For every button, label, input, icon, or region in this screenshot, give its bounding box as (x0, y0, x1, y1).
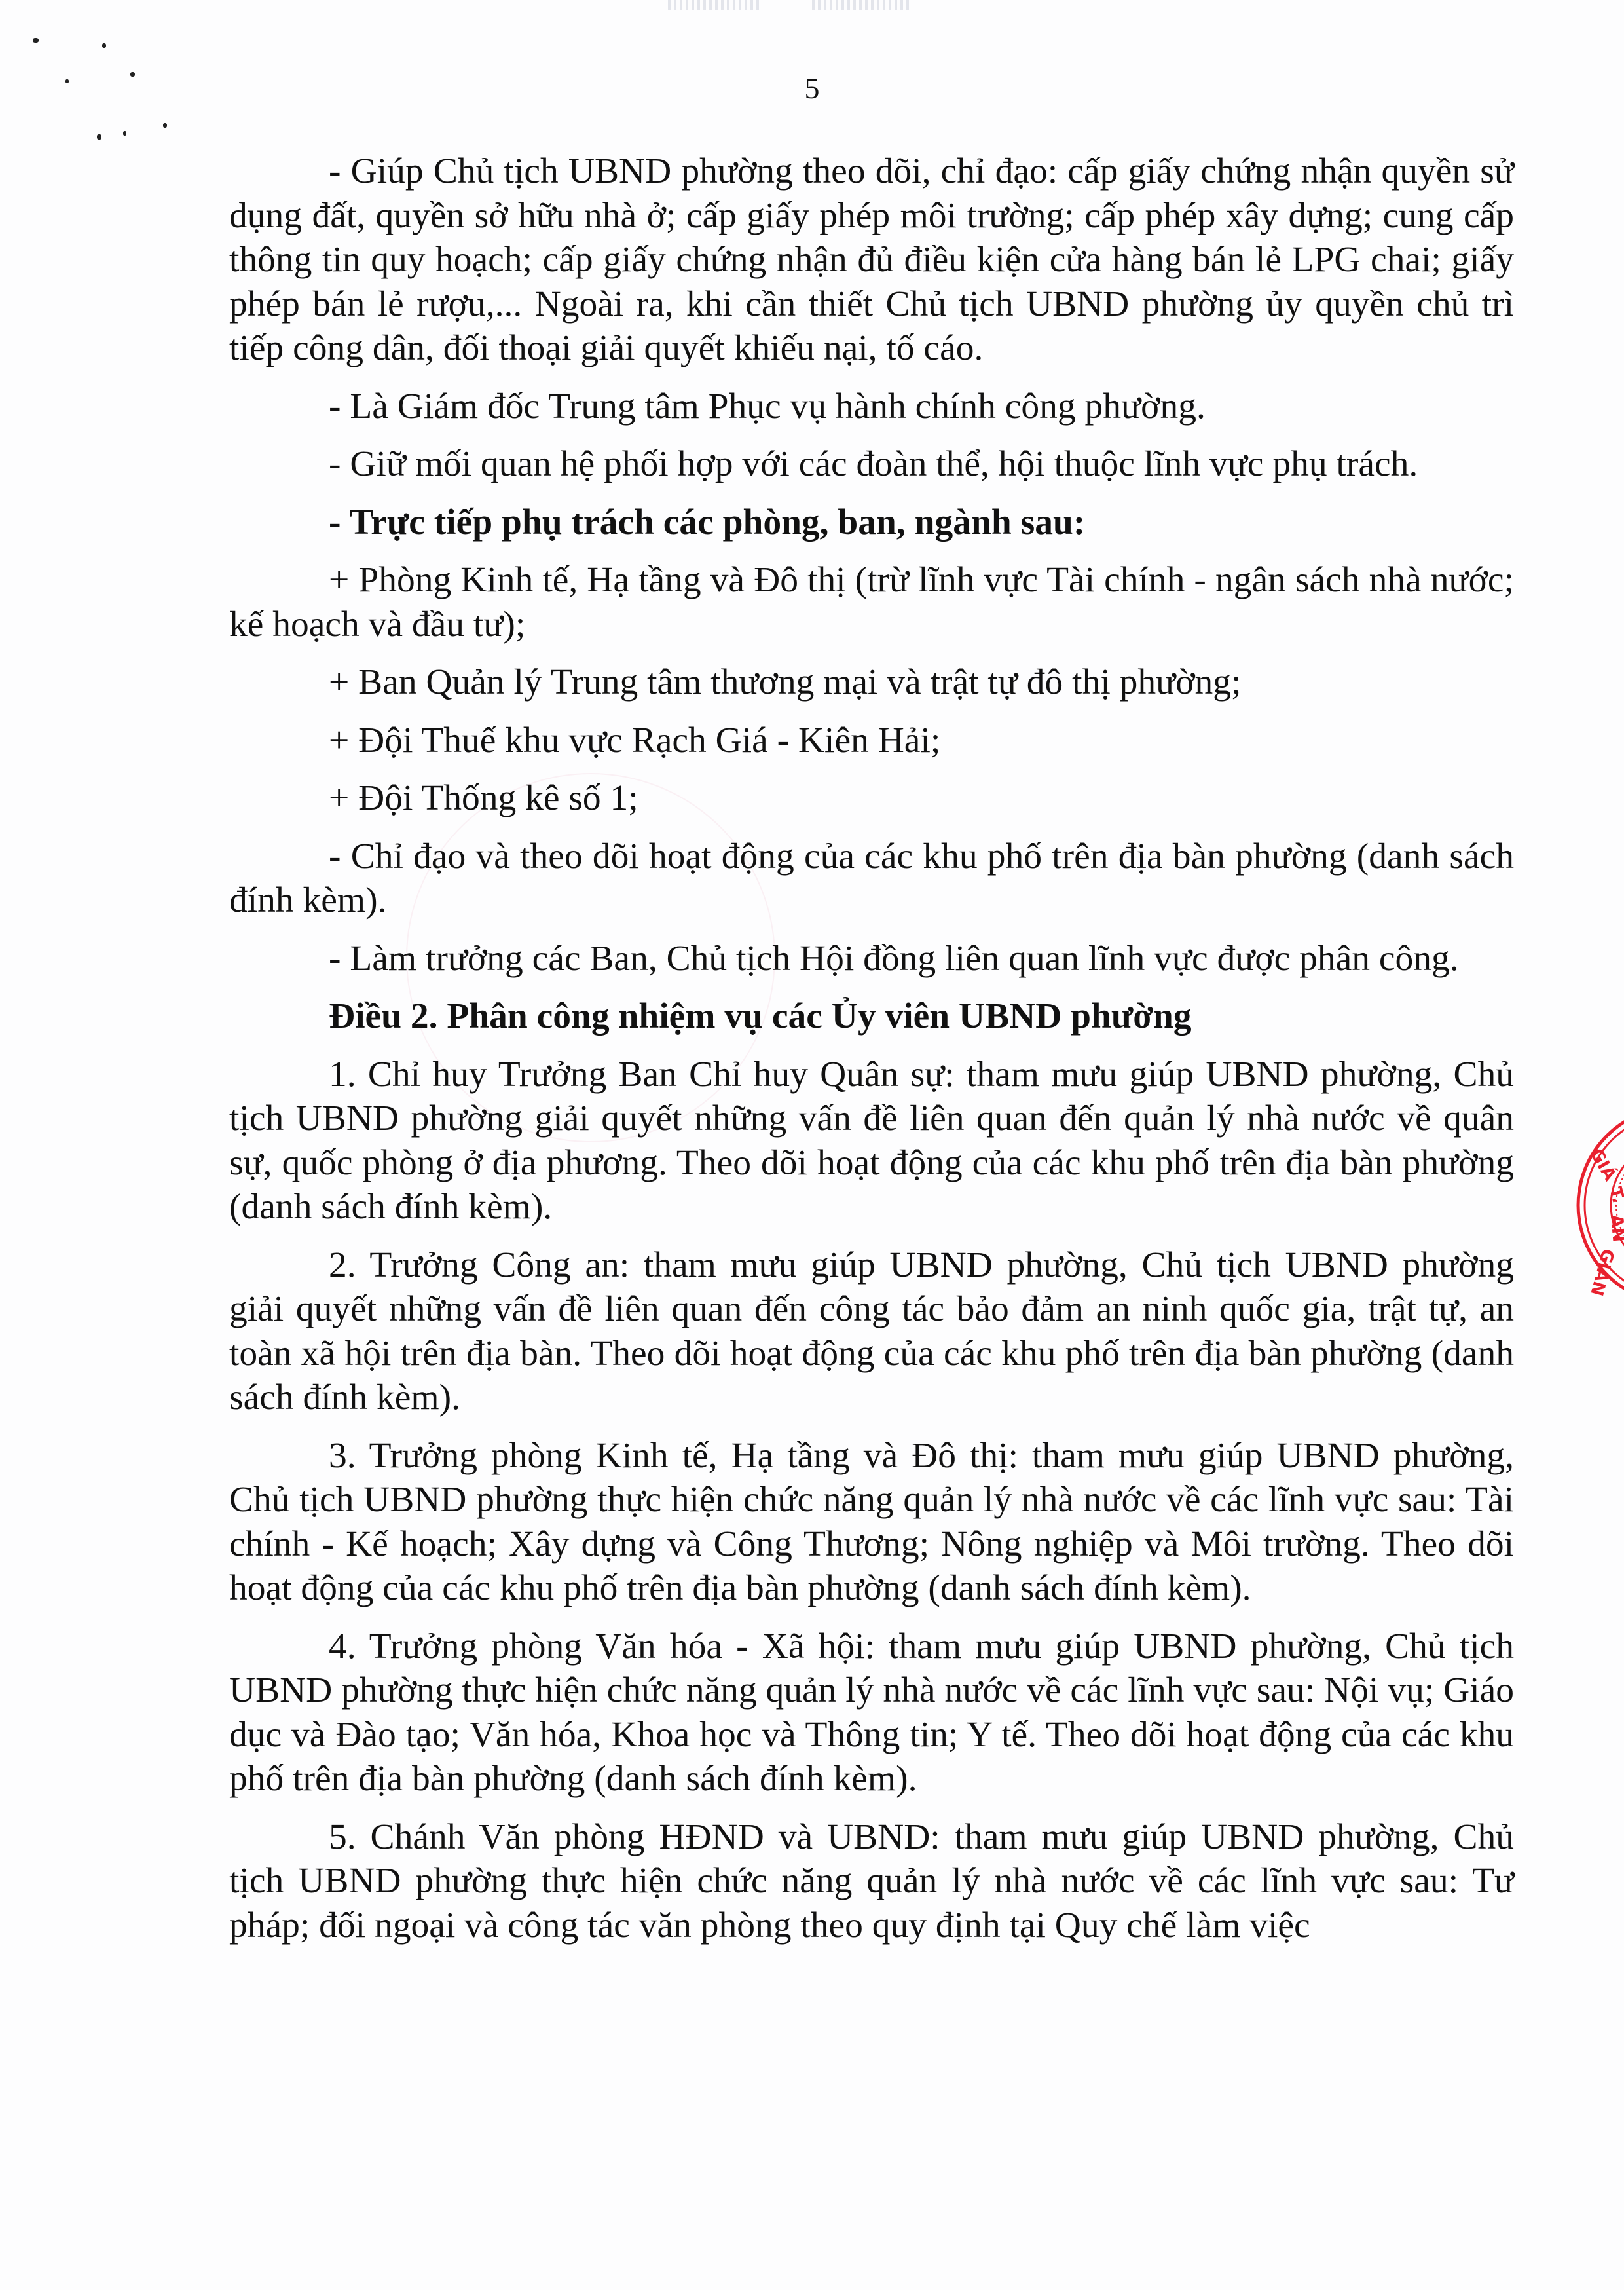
paragraph-direct-charge-heading: - Trực tiếp phụ trách các phòng, ban, ng… (229, 500, 1514, 545)
scan-smudge (668, 0, 760, 10)
document-body: - Giúp Chủ tịch UBND phường theo dõi, ch… (229, 149, 1514, 1961)
article-2-item-military: 1. Chỉ huy Trưởng Ban Chỉ huy Quân sự: t… (229, 1053, 1514, 1229)
article-2-item-culture-dept-head: 4. Trưởng phòng Văn hóa - Xã hội: tham m… (229, 1624, 1514, 1801)
svg-text:GIÁ: GIÁ (1586, 1145, 1621, 1184)
page-number: 5 (0, 71, 1624, 105)
official-stamp-icon: GIÁ T. AN GIAN (1526, 1107, 1624, 1304)
list-item-economic-dept: + Phòng Kinh tế, Hạ tầng và Đô thị (trừ … (229, 558, 1514, 647)
scan-smudge (812, 0, 910, 10)
article-2-item-economic-dept-head: 3. Trưởng phòng Kinh tế, Hạ tầng và Đô t… (229, 1434, 1514, 1611)
list-item-trade-center-board: + Ban Quản lý Trung tâm thương mại và tr… (229, 660, 1514, 705)
article-2-item-office-chief: 5. Chánh Văn phòng HĐND và UBND: tham mư… (229, 1815, 1514, 1948)
paragraph-neighborhoods: - Chỉ đạo và theo dõi hoạt động của các … (229, 835, 1514, 923)
scan-speck (97, 134, 101, 140)
scan-speck (33, 38, 39, 43)
scan-speck (163, 123, 167, 128)
svg-text:T.: T. (1605, 1185, 1624, 1205)
paragraph-duties: - Giúp Chủ tịch UBND phường theo dõi, ch… (229, 149, 1514, 371)
svg-text:AN: AN (1606, 1214, 1624, 1243)
scan-speck (123, 131, 126, 136)
article-2-item-police: 2. Trưởng Công an: tham mưu giúp UBND ph… (229, 1243, 1514, 1420)
paragraph-director-role: - Là Giám đốc Trung tâm Phục vụ hành chí… (229, 385, 1514, 429)
list-item-tax-team: + Đội Thuế khu vực Rạch Giá - Kiên Hải; (229, 719, 1514, 763)
paragraph-coordination: - Giữ mối quan hệ phối hợp với các đoàn … (229, 442, 1514, 487)
scan-speck (102, 43, 106, 48)
paragraph-boards-chair: - Làm trưởng các Ban, Chủ tịch Hội đồng … (229, 937, 1514, 981)
list-item-statistics-team: + Đội Thống kê số 1; (229, 776, 1514, 821)
article-2-heading: Điều 2. Phân công nhiệm vụ các Ủy viên U… (229, 994, 1514, 1039)
